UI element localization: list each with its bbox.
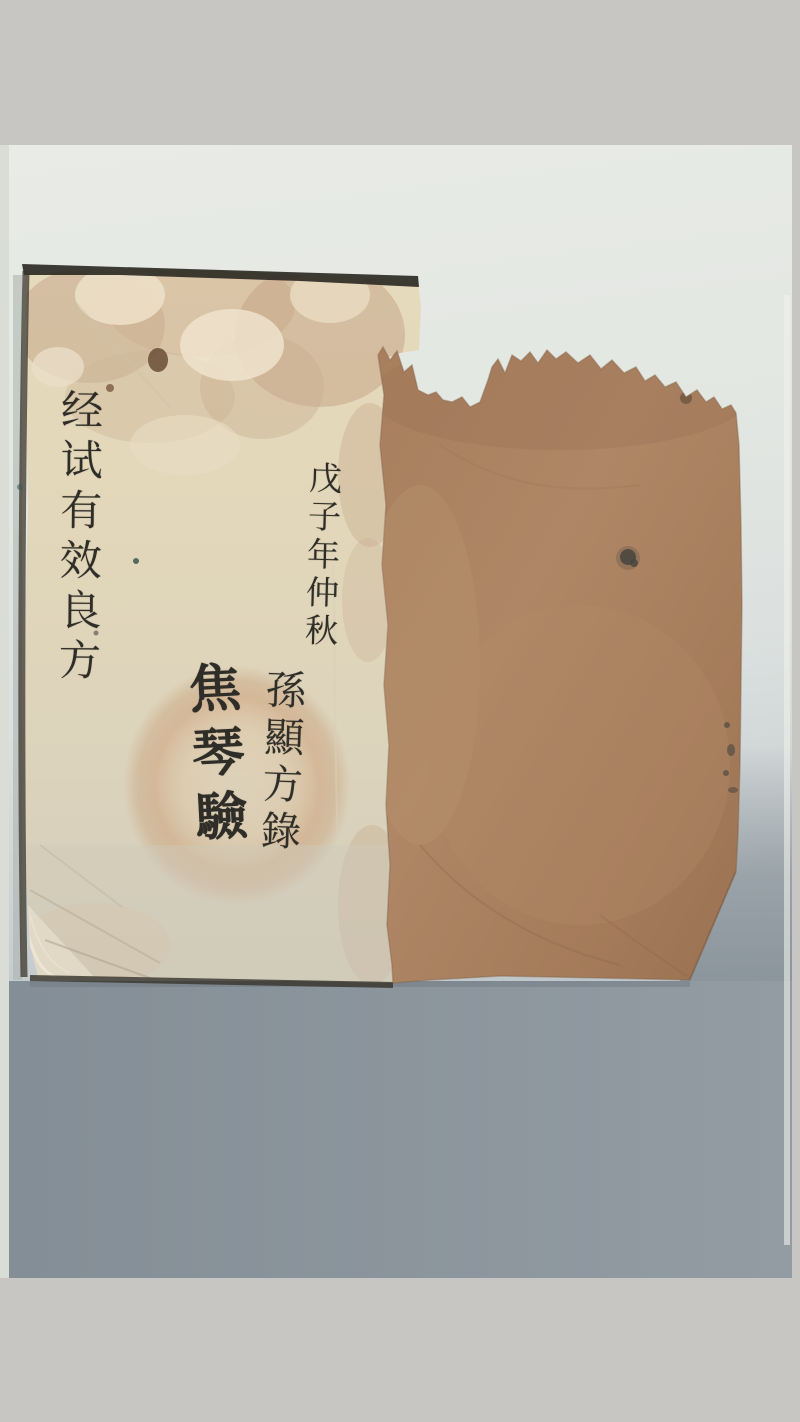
ink-blot: [616, 546, 640, 570]
scan-photo-area: 经试有效良方 戊子年仲秋 孫顯方錄 焦琴驗: [0, 145, 792, 1278]
inscription-date: 戊子年仲秋: [296, 460, 348, 651]
scanned-page: 经试有效良方 戊子年仲秋 孫顯方錄 焦琴驗: [0, 0, 800, 1422]
book-artwork: [0, 145, 792, 1278]
book-left-edge: [22, 271, 26, 977]
scanner-bed-lower: [8, 981, 792, 1278]
inscription-title: 经试有效良方: [47, 388, 110, 689]
scan-right-strip: [784, 295, 790, 1245]
scan-left-strip: [0, 145, 9, 1278]
inscription-signature-left: 焦琴驗: [171, 659, 256, 855]
inscription-signature-right: 孫顯方錄: [249, 668, 313, 858]
